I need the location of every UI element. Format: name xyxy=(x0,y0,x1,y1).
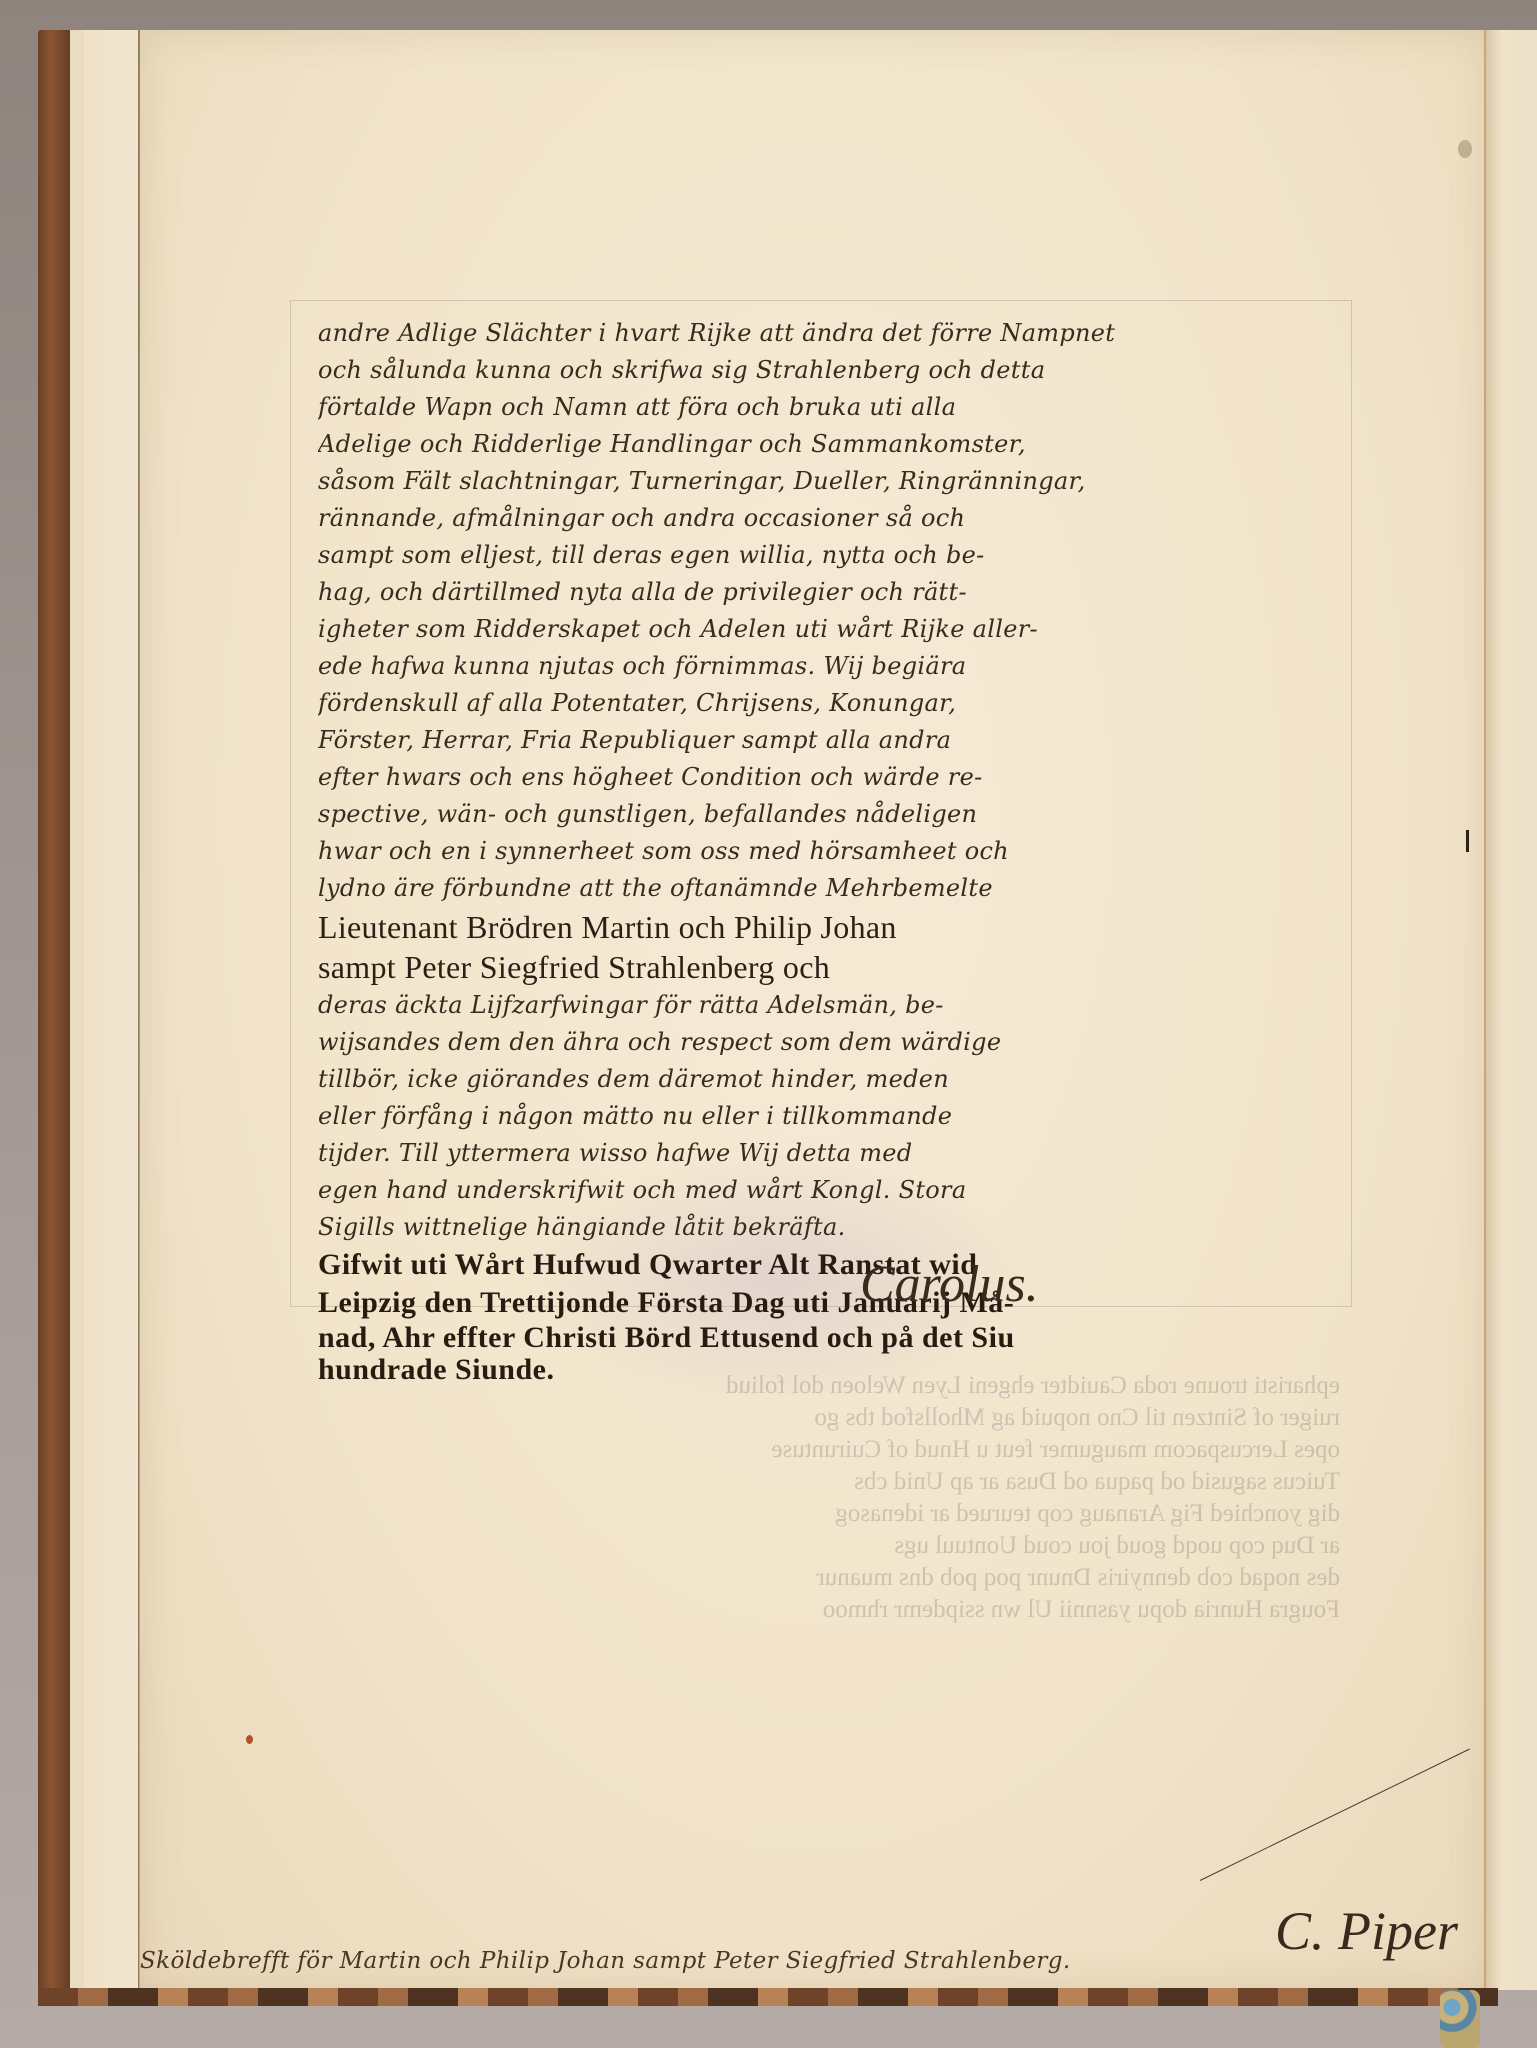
margin-mark xyxy=(1466,830,1469,852)
text-line-names: sampt Peter Siegfried Strahlenberg och xyxy=(318,947,1383,987)
royal-signature: Carolus. xyxy=(860,1255,1039,1314)
page-edge xyxy=(104,30,139,1990)
bleed-line: ar Duq cop uoqd goud jou coud Uontuul ug… xyxy=(425,1530,1340,1562)
text-line: tillbör, icke giörandes dem däremot hind… xyxy=(318,1061,1383,1098)
footer-annotation: Sköldebrefft för Martin och Philip Johan… xyxy=(140,1948,1071,1974)
text-line: spective, wän- och gunstligen, befalland… xyxy=(318,796,1383,833)
text-line: lydno äre förbundne att the oftanämnde M… xyxy=(318,870,1383,907)
text-line: hwar och en i synnerheet som oss med hör… xyxy=(318,833,1383,870)
book-gutter xyxy=(1484,30,1537,1990)
text-line-dating: hundrade Siunde. xyxy=(318,1354,1383,1386)
leather-binding-bottom xyxy=(38,1988,1498,2006)
text-line: egen hand underskrifwit och med wårt Kon… xyxy=(318,1172,1383,1209)
text-line: wijsandes dem den ähra och respect som d… xyxy=(318,1024,1383,1061)
countersignature: C. Piper xyxy=(1275,1900,1458,1962)
text-line-names: Lieutenant Brödren Martin och Philip Joh… xyxy=(318,907,1383,947)
bleed-line: ruiger of Sintzen til Cno nopuid ag Mhol… xyxy=(425,1402,1340,1434)
text-line: Adelige och Ridderlige Handlingar och Sa… xyxy=(318,426,1383,463)
text-line-dating: nad, Ahr effter Christi Börd Ettusend oc… xyxy=(318,1322,1383,1354)
silk-seal-cord xyxy=(1440,1990,1480,2048)
text-line: igheter som Ridderskapet och Adelen uti … xyxy=(318,611,1383,648)
leather-binding-edge xyxy=(38,30,74,1990)
letter-body: andre Adlige Slächter i hvart Rijke att … xyxy=(318,315,1383,1386)
bleed-line: des noqad cob dennyiris Dnunr poq pob dn… xyxy=(425,1562,1340,1594)
text-line: Förster, Herrar, Fria Republiquer sampt … xyxy=(318,722,1383,759)
text-line: hag, och därtillmed nyta alla de privile… xyxy=(318,574,1383,611)
text-line: andre Adlige Slächter i hvart Rijke att … xyxy=(318,315,1383,352)
text-line: förtalde Wapn och Namn att föra och bruk… xyxy=(318,389,1383,426)
text-line-dating: Gifwit uti Wårt Hufwud Qwarter Alt Ranst… xyxy=(318,1246,1383,1284)
text-line: rännande, afmålningar och andra occasion… xyxy=(318,500,1383,537)
text-line: eller förfång i någon mätto nu eller i t… xyxy=(318,1098,1383,1135)
text-line: ede hafwa kunna njutas och förnimmas. Wi… xyxy=(318,648,1383,685)
bleed-line: opes Lercuspacom maugumer feut u Hnud of… xyxy=(425,1434,1340,1466)
text-line: Sigills wittnelige hängiande låtit bekrä… xyxy=(318,1209,1383,1246)
text-line-dating: Leipzig den Trettijonde Första Dag uti J… xyxy=(318,1284,1383,1322)
text-line: sampt som elljest, till deras egen willi… xyxy=(318,537,1383,574)
text-line: och sålunda kunna och skrifwa sig Strahl… xyxy=(318,352,1383,389)
bleed-through-text: epharisti troune roda Cauidter ehgeni Ly… xyxy=(425,1370,1340,1626)
text-line: efter hwars och ens högheet Condition oc… xyxy=(318,759,1383,796)
bleed-line: Fougra Hunria dopu yasnnii Ul wn ssipdem… xyxy=(425,1594,1340,1626)
text-line: fördenskull af alla Potentater, Chrijsen… xyxy=(318,685,1383,722)
ink-spot xyxy=(246,1735,253,1744)
bleed-line: Tuicus sagusid od paqua od Dusa ar ap Un… xyxy=(425,1466,1340,1498)
stain-spot xyxy=(1458,140,1472,158)
bleed-line: dig yonchied Fig Aranaug cop teurued ar … xyxy=(425,1498,1340,1530)
text-line: såsom Fält slachtningar, Turneringar, Du… xyxy=(318,463,1383,500)
text-line: tijder. Till yttermera wisso hafwe Wij d… xyxy=(318,1135,1383,1172)
text-line: deras äckta Lijfzarfwingar för rätta Ade… xyxy=(318,987,1383,1024)
